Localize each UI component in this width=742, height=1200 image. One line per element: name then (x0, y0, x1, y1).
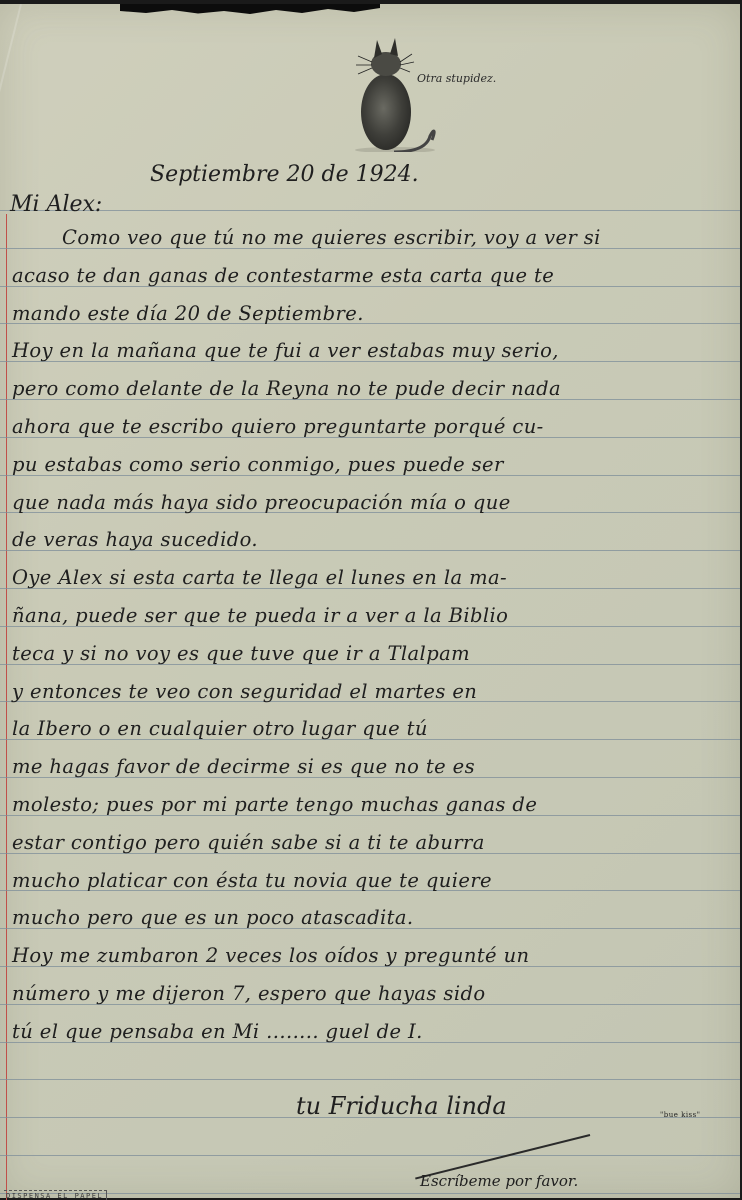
signature-note: "bue kiss" (660, 1111, 700, 1119)
letter-line: ñana, puede ser que te pueda ir a ver a … (12, 604, 508, 627)
postscript: Escríbeme por favor. (420, 1172, 578, 1190)
letter-line: pu estabas como serio conmigo, pues pued… (12, 453, 504, 476)
letter-line: teca y si no voy es que tuve que ir a Tl… (12, 642, 470, 665)
rule-line (0, 1079, 740, 1080)
rule-line (0, 210, 740, 211)
letter-line: estar contigo pero quién sabe si a ti te… (12, 831, 485, 854)
rule-line (0, 1193, 740, 1194)
letter-line: que nada más haya sido preocupación mía … (12, 491, 511, 514)
footer-stamp: DISPENSA EL PAPEL (4, 1190, 107, 1200)
letter-line: tú el que pensaba en Mi ........ guel de… (12, 1020, 423, 1043)
letter-line: acaso te dan ganas de contestarme esta c… (12, 264, 554, 287)
letter-line: ahora que te escribo quiero preguntarte … (12, 415, 544, 438)
cat-sketch-icon (350, 32, 440, 152)
letter-line: Oye Alex si esta carta te llega el lunes… (12, 566, 507, 589)
letter-line: Hoy en la mañana que te fui a ver estaba… (12, 339, 559, 362)
letter-line: y entonces te veo con seguridad el marte… (12, 680, 477, 703)
letter-paper: Otra stupidez. Septiembre 20 de 1924. Mi… (0, 4, 740, 1198)
torn-edge (120, 4, 380, 14)
letter-line: Como veo que tú no me quieres escribir, … (62, 226, 601, 249)
letter-line: de veras haya sucedido. (12, 528, 258, 551)
letter-date: Septiembre 20 de 1924. (150, 162, 419, 187)
letter-line: mando este día 20 de Septiembre. (12, 302, 364, 325)
rule-line (0, 1155, 740, 1156)
salutation: Mi Alex: (10, 192, 102, 217)
signature: tu Friducha linda (296, 1092, 507, 1120)
letter-line: Hoy me zumbaron 2 veces los oídos y preg… (12, 944, 530, 967)
letter-line: mucho pero que es un poco atascadita. (12, 906, 414, 929)
letter-line: número y me dijeron 7, espero que hayas … (12, 982, 486, 1005)
letter-line: pero como delante de la Reyna no te pude… (12, 377, 561, 400)
illustration-caption: Otra stupidez. (417, 72, 496, 85)
letter-line: mucho platicar con ésta tu novia que te … (12, 869, 492, 892)
letter-line: molesto; pues por mi parte tengo muchas … (12, 793, 537, 816)
letter-line: la Ibero o en cualquier otro lugar que t… (12, 717, 428, 740)
letter-line: me hagas favor de decirme si es que no t… (12, 755, 475, 778)
